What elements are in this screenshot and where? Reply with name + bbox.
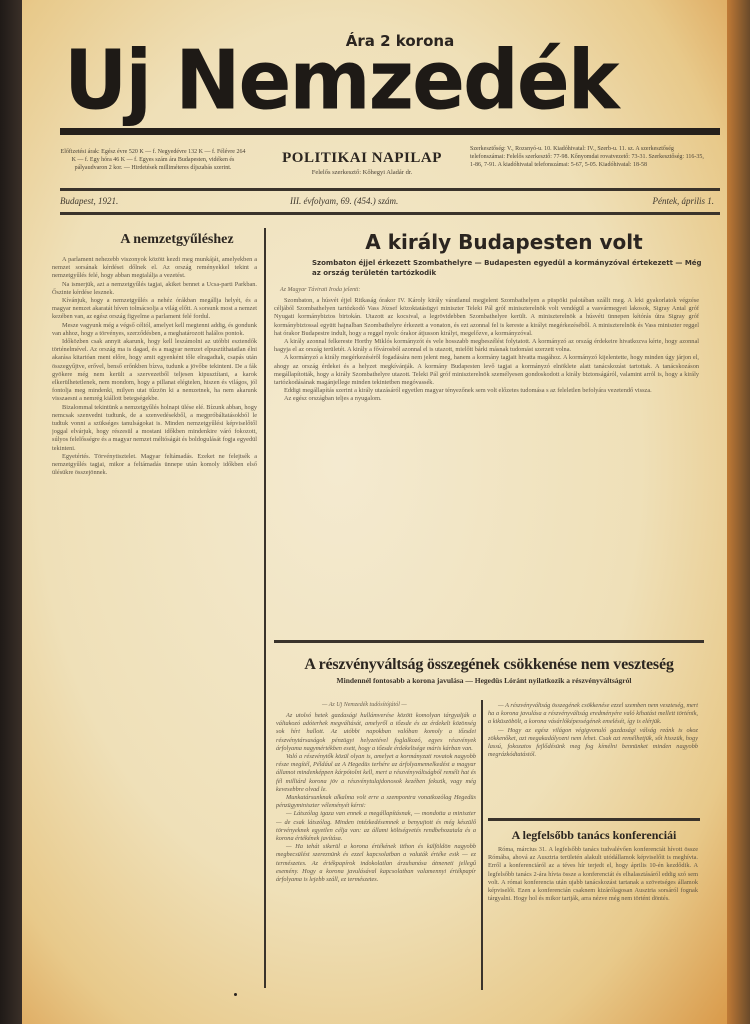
article-body-continued: — A részvényváltság összegének csökkenés… (488, 702, 698, 812)
paragraph: — Hogy az egész világon végigvonuló gazd… (488, 727, 698, 760)
paragraph: Munkatársunknak alkalma volt erre a szem… (276, 794, 476, 810)
article-headline: A legfelsőbb tanács konferenciái (484, 828, 704, 843)
day-date: Péntek, április 1. (653, 196, 715, 206)
subscription-info: Előfizetési árak: Egész évre 520 K — f. … (58, 148, 248, 172)
office-info: Szerkesztőség: V., Rozsnyó-u. 10. Kiadóh… (470, 145, 705, 169)
paragraph: Mesze vagyunk még a végső céltól, amelye… (52, 322, 257, 338)
paragraph: Róma, március 31. A legfelsőbb tanács tu… (488, 846, 698, 903)
article-body: Az utolsó hetek gazdasági hullámverése k… (276, 712, 476, 982)
article-headline: A részvényváltság összegének csökkenése … (274, 656, 704, 674)
editor-line: Felelős szerkesztő: Kőhegyi Aladár dr. (262, 169, 462, 176)
article-byline: — Az Uj Nemzedék tudósítójától — (322, 702, 407, 708)
scan-edge-right (727, 0, 750, 1024)
paragraph: — A részvényváltság összegének csökkenés… (488, 702, 698, 727)
paragraph: — Ha tehát sikerül a korona értékének it… (276, 843, 476, 884)
paragraph: Bizalommal tekintünk a nemzetgyűlés holn… (52, 404, 257, 453)
ink-spot (234, 993, 237, 996)
main-headline: A király Budapesten volt (294, 230, 714, 254)
section-rule (488, 818, 700, 821)
dateline-rule (60, 212, 720, 215)
paragraph: Na ismerjük, azt a nemzetgyűlés tagjai, … (52, 281, 257, 297)
newspaper-page: Ára 2 korona Uj Nemzedék Előfizetési ára… (22, 0, 727, 1024)
paragraph: Időközben csak annyit akarunk, hogy kell… (52, 338, 257, 404)
article-body: Szombaton, a húsvét éjjel Ritkaság órako… (274, 297, 699, 637)
masthead-title: Uj Nemzedék (64, 40, 684, 122)
place-year: Budapest, 1921. (60, 196, 118, 206)
paragraph: A kormányzó a király megérkezéséről foga… (274, 354, 699, 387)
paragraph: Az utolsó hetek gazdasági hullámverése k… (276, 712, 476, 753)
article-body: A parlament nehezebb viszonyok között ke… (52, 256, 257, 976)
volume-issue: III. évfolyam, 69. (454.) szám. (290, 196, 398, 206)
header-rule (60, 188, 720, 191)
publication-subtitle: POLITIKAI NAPILAP (262, 150, 462, 167)
article-deck: Szombaton éjjel érkezett Szombathelyre —… (312, 258, 712, 278)
article-body: Róma, március 31. A legfelsőbb tanács tu… (488, 846, 698, 996)
paragraph: Való a részvénytők közül olyan is, amely… (276, 753, 476, 794)
column-divider (264, 228, 266, 988)
paragraph: Kívánjuk, hogy a nemzetgyűlés a nehéz ór… (52, 297, 257, 322)
dateline: Budapest, 1921. III. évfolyam, 69. (454.… (60, 196, 720, 210)
paragraph: — Látszólag igaza van ennek a megállapít… (276, 810, 476, 843)
paragraph: Egyetértés. Törvénytisztelet. Magyar fel… (52, 453, 257, 478)
paragraph: A király azonnal felkereste Horthy Mikló… (274, 338, 699, 354)
paragraph: Eddigi megállapítás szerint a király uta… (274, 387, 699, 395)
paragraph: Szombaton, a húsvét éjjel Ritkaság órako… (274, 297, 699, 338)
article-deck: Mindennél fontosabb a korona javulása — … (284, 676, 684, 686)
article-byline: Az Magyar Távirati Iroda jelenti: (280, 287, 360, 293)
scan-edge-left (0, 0, 22, 1024)
column-divider (481, 700, 483, 990)
section-rule (274, 640, 704, 643)
publication-type: POLITIKAI NAPILAP Felelős szerkesztő: Kő… (262, 150, 462, 176)
masthead-rule (60, 128, 720, 135)
paragraph: Az egész országban teljes a nyugalom. (274, 395, 699, 403)
paragraph: A parlament nehezebb viszonyok között ke… (52, 256, 257, 281)
article-headline: A nemzetgyűléshez (72, 232, 282, 248)
